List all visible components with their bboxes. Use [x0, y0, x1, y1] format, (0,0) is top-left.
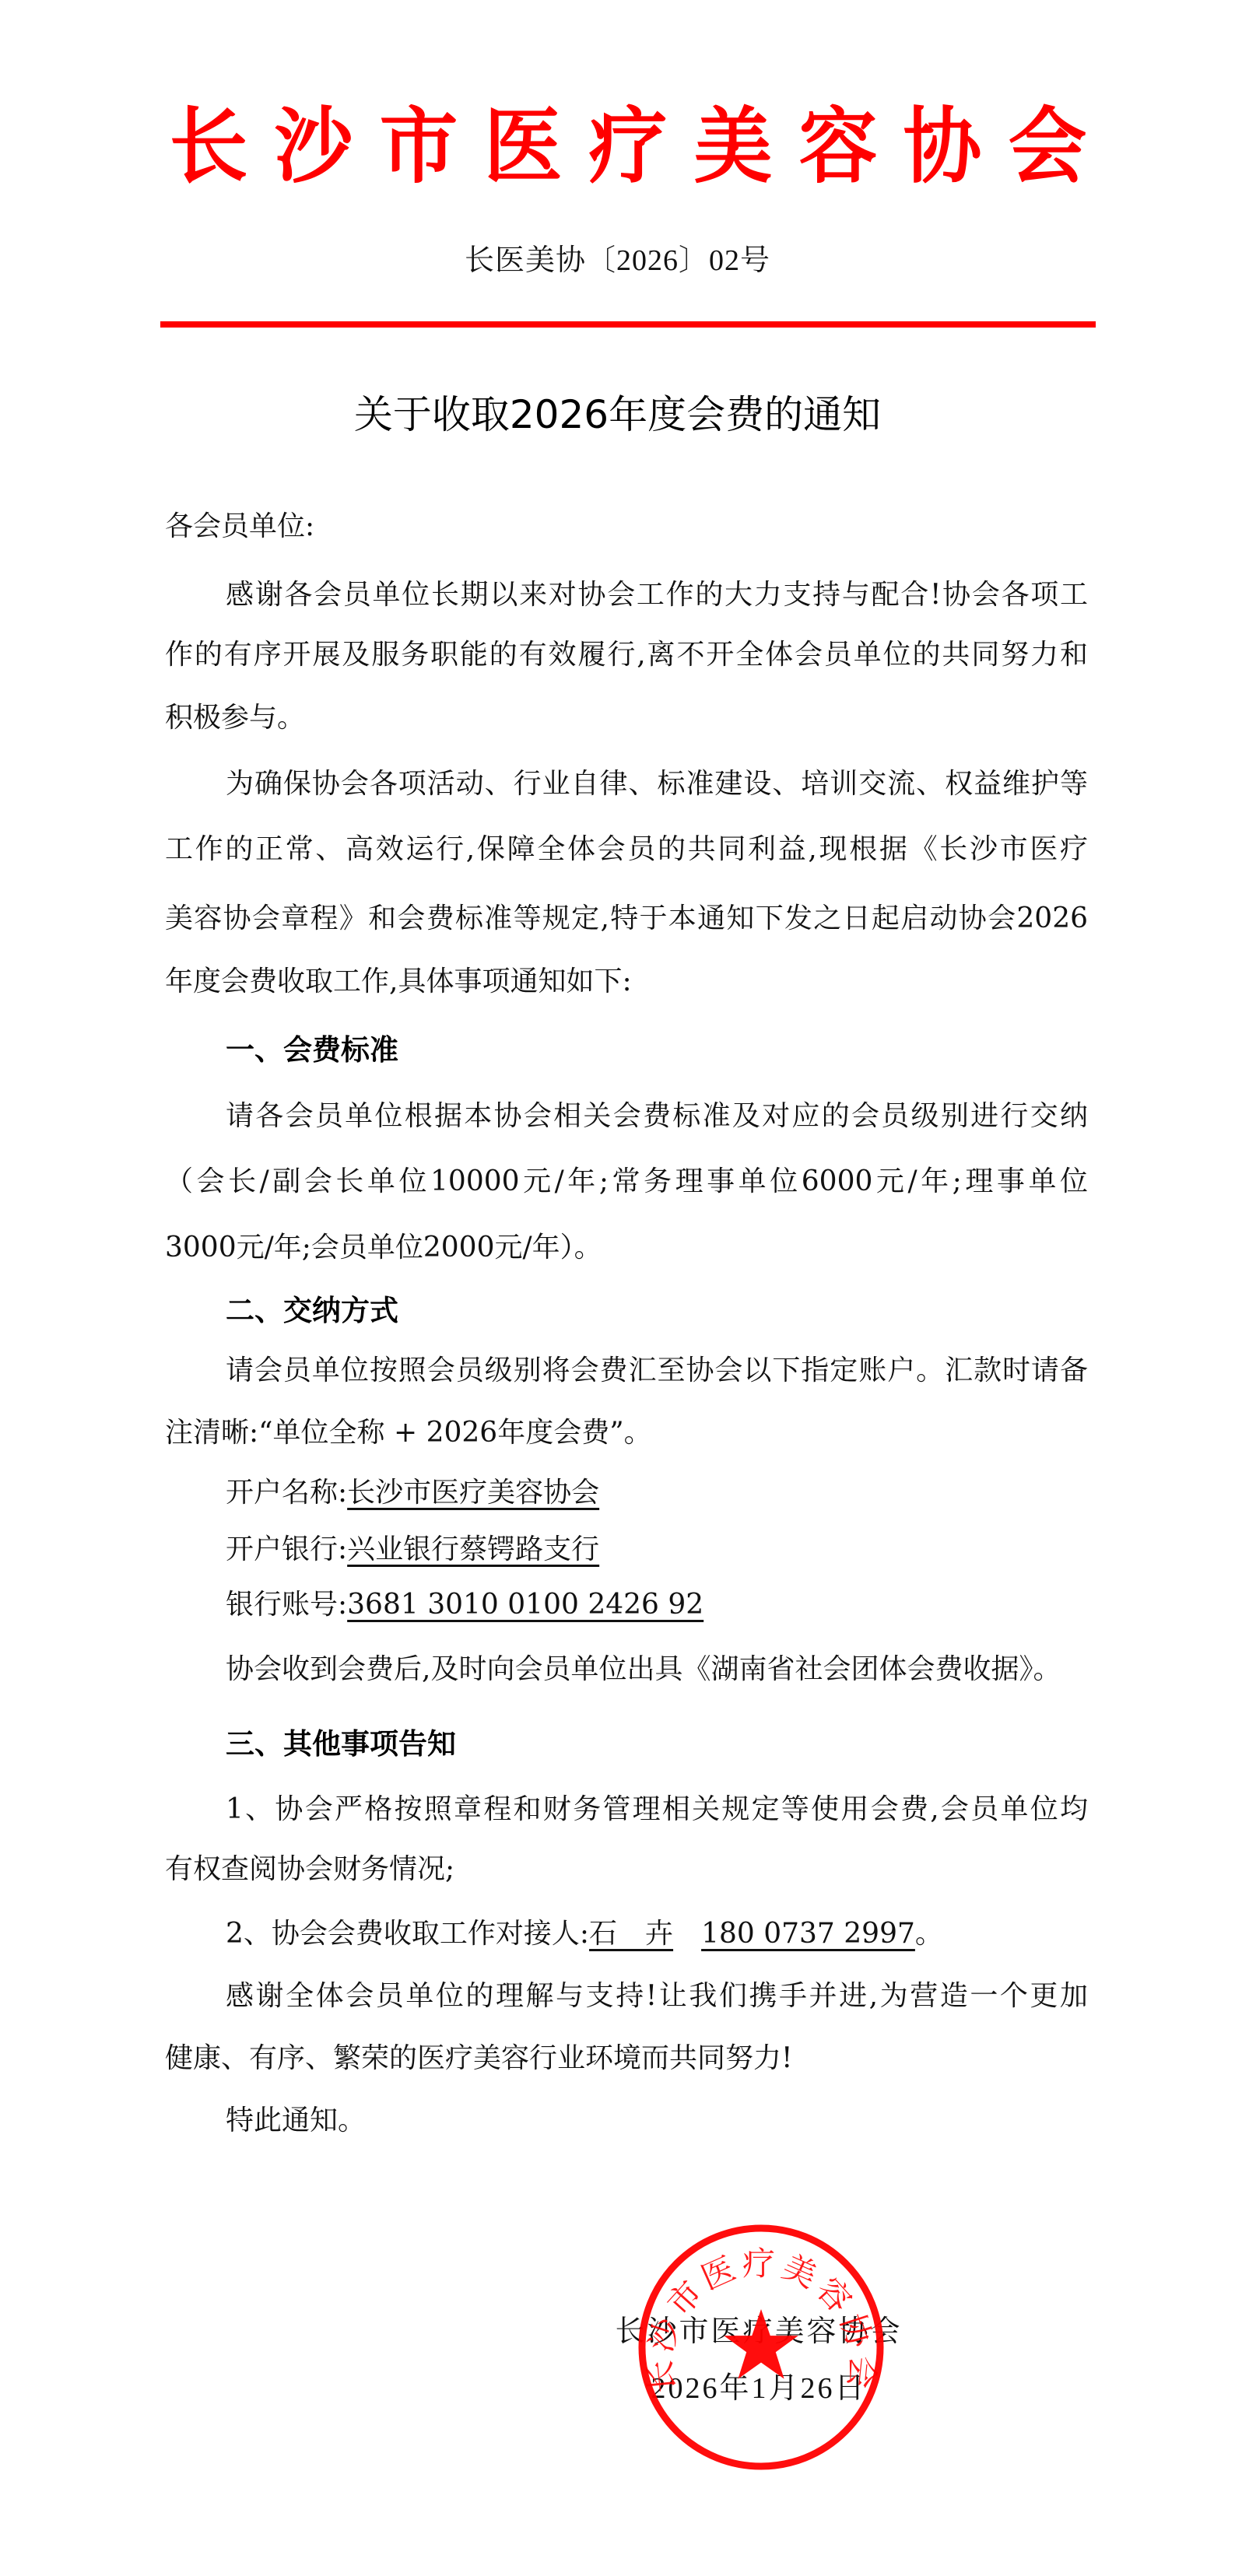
- masthead-char: 长: [163, 98, 254, 195]
- masthead-title: 长 沙 市 医 疗 美 容 协 会: [160, 98, 1096, 195]
- masthead-char: 美: [687, 98, 779, 195]
- body-line: 为确保协会各项活动、行业自律、标准建设、培训交流、权益维护等: [226, 762, 1088, 806]
- account-name-row: 开户名称:长沙市医疗美容协会: [226, 1471, 1088, 1515]
- account-number-value: 3681 3010 0100 2426 92: [347, 1589, 703, 1621]
- masthead-char: 会: [1002, 98, 1093, 195]
- body-line: 感谢各会员单位长期以来对协会工作的大力支持与配合!协会各项工: [226, 573, 1088, 617]
- other-item-2-line: 2、协会会费收取工作对接人:石 卉180 0737 2997。: [226, 1912, 1088, 1956]
- masthead-char: 疗: [582, 98, 674, 195]
- account-bank-value: 兴业银行蔡锷路支行: [347, 1533, 599, 1565]
- closing-line: 健康、有序、繁荣的医疗美容行业环境而共同努力!: [165, 2037, 1088, 2080]
- signature-org: 长沙市医疗美容协会: [607, 2311, 910, 2352]
- fee-line: 3000元/年;会员单位2000元/年）。: [165, 1226, 1088, 1270]
- masthead-char: 协: [896, 98, 988, 195]
- account-bank-label: 开户银行:: [226, 1533, 347, 1565]
- body-line: 美容协会章程》和会费标准等规定,特于本通知下发之日起启动协会2026: [165, 897, 1088, 941]
- body-line: 作的有序开展及服务职能的有效履行,离不开全体会员单位的共同努力和: [165, 633, 1088, 677]
- body-line: 工作的正常、高效运行,保障全体会员的共同利益,现根据《长沙市医疗: [165, 828, 1088, 871]
- payment-line: 请会员单位按照会员级别将会费汇至协会以下指定账户。汇款时请备: [226, 1349, 1088, 1393]
- salutation: 各会员单位:: [165, 505, 1088, 548]
- other-item-1-line: 有权查阅协会财务情况;: [165, 1848, 1088, 1891]
- sign-off: 特此通知。: [226, 2099, 1088, 2143]
- fee-line: （会长/副会长单位10000元/年;常务理事单位6000元/年;理事单位: [165, 1160, 1088, 1204]
- contact-phone: 180 0737 2997: [701, 1918, 915, 1950]
- account-name-label: 开户名称:: [226, 1477, 347, 1509]
- payment-line: 注清晰:“单位全称 + 2026年度会费”。: [165, 1411, 1088, 1455]
- contact-info: 石 卉180 0737 2997: [589, 1918, 915, 1950]
- section-heading-other: 三、其他事项告知: [226, 1723, 1088, 1766]
- other-item-1-line: 1、协会严格按照章程和财务管理相关规定等使用会费,会员单位均: [226, 1788, 1088, 1831]
- receipt-line: 协会收到会费后,及时向会员单位出具《湖南省社会团体会费收据》。: [226, 1648, 1088, 1691]
- section-heading-fee-standard: 一、会费标准: [226, 1029, 1088, 1072]
- account-number-row: 银行账号:3681 3010 0100 2426 92: [226, 1583, 1088, 1627]
- red-divider: [160, 321, 1096, 328]
- closing-line: 感谢全体会员单位的理解与支持!让我们携手并进,为营造一个更加: [226, 1975, 1088, 2018]
- body-line: 年度会费收取工作,具体事项通知如下:: [165, 960, 1088, 1004]
- masthead-char: 市: [373, 98, 465, 195]
- masthead-char: 沙: [268, 98, 360, 195]
- document-number: 长医美协〔2026〕02号: [0, 243, 1235, 279]
- account-name-value: 长沙市医疗美容协会: [347, 1477, 599, 1509]
- contact-prefix: 2、协会会费收取工作对接人:: [226, 1918, 589, 1950]
- notice-title: 关于收取2026年度会费的通知: [0, 389, 1235, 440]
- account-bank-row: 开户银行:兴业银行蔡锷路支行: [226, 1528, 1088, 1572]
- account-number-label: 银行账号:: [226, 1589, 347, 1621]
- section-heading-payment-method: 二、交纳方式: [226, 1289, 1088, 1333]
- contact-name: 石 卉: [589, 1918, 673, 1950]
- contact-suffix: 。: [915, 1918, 943, 1950]
- masthead-char: 医: [477, 98, 569, 195]
- masthead-char: 容: [792, 98, 884, 195]
- notice-page: 长 沙 市 医 疗 美 容 协 会 长医美协〔2026〕02号 关于收取2026…: [0, 0, 1235, 2576]
- fee-line: 请各会员单位根据本协会相关会费标准及对应的会员级别进行交纳: [226, 1095, 1088, 1138]
- body-line: 积极参与。: [165, 696, 1088, 740]
- signature-date: 2026年1月26日: [607, 2368, 910, 2409]
